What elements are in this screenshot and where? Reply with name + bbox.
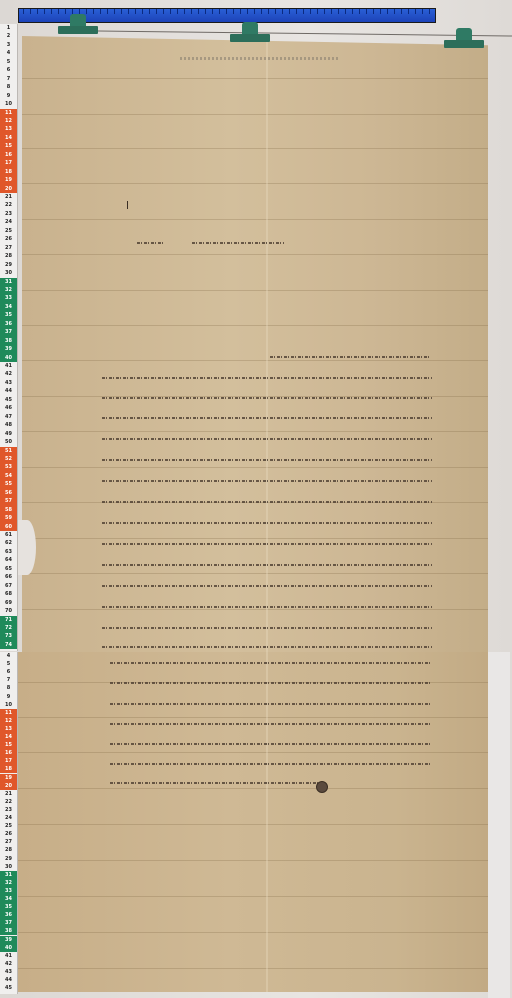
ruler-segment: 25 <box>0 227 17 235</box>
ruler-number: 44 <box>2 388 15 394</box>
ruler-tick <box>310 9 311 14</box>
ruler-tick <box>422 9 423 14</box>
text-line <box>102 414 432 420</box>
ruler-segment: 14 <box>0 134 17 142</box>
fold-line <box>22 254 488 255</box>
ruler-number: 1 <box>2 25 15 31</box>
ruler-number: 15 <box>2 143 15 149</box>
ruler-number: 38 <box>2 338 15 344</box>
ruler-tick <box>275 9 276 14</box>
ruler-tick <box>191 9 192 14</box>
ruler-number: 36 <box>2 321 15 327</box>
ruler-segment: 35 <box>0 311 17 319</box>
ruler-segment: 24 <box>0 814 17 822</box>
ruler-tick <box>142 9 143 14</box>
text-line <box>102 374 432 380</box>
fold-line <box>18 717 488 718</box>
ruler-number: 12 <box>2 118 15 124</box>
text-line <box>102 540 432 546</box>
fold-line <box>18 824 488 825</box>
ruler-segment: 38 <box>0 337 17 345</box>
text-line-final <box>110 779 320 785</box>
ruler-segment: 17 <box>0 757 17 765</box>
ruler-segment: 12 <box>0 117 17 125</box>
ruler-number: 11 <box>2 110 15 116</box>
ruler-number: 7 <box>2 677 15 683</box>
ruler-number: 36 <box>2 912 15 918</box>
ruler-segment: 15 <box>0 741 17 749</box>
ruler-number: 55 <box>2 481 15 487</box>
ruler-segment: 34 <box>0 895 17 903</box>
fold-line <box>18 968 488 969</box>
ruler-segment: 22 <box>0 798 17 806</box>
ruler-segment: 51 <box>0 447 17 455</box>
title-line <box>192 239 284 245</box>
ruler-number: 13 <box>2 726 15 732</box>
ruler-segment: 3 <box>0 41 17 49</box>
ruler-number: 10 <box>2 101 15 107</box>
ruler-segment: 10 <box>0 100 17 108</box>
ruler-number: 17 <box>2 758 15 764</box>
ruler-tick <box>373 9 374 14</box>
ruler-segment: 21 <box>0 790 17 798</box>
ruler-segment: 20 <box>0 185 17 193</box>
ruler-segment: 39 <box>0 345 17 353</box>
ruler-number: 28 <box>2 847 15 853</box>
ruler-segment: 56 <box>0 489 17 497</box>
ruler-segment: 36 <box>0 320 17 328</box>
ruler-segment: 14 <box>0 733 17 741</box>
ruler-number: 18 <box>2 766 15 772</box>
text-line <box>102 624 432 630</box>
ruler-segment: 43 <box>0 379 17 387</box>
ruler-segment: 46 <box>0 404 17 412</box>
ruler-number: 18 <box>2 169 15 175</box>
ruler-number: 58 <box>2 507 15 513</box>
ruler-segment: 15 <box>0 142 17 150</box>
ruler-segment: 45 <box>0 396 17 404</box>
ruler-number: 27 <box>2 245 15 251</box>
ruler-number: 73 <box>2 633 15 639</box>
ruler-segment: 17 <box>0 159 17 167</box>
text-line <box>102 477 432 483</box>
ruler-number: 71 <box>2 617 15 623</box>
ruler-segment: 62 <box>0 539 17 547</box>
ruler-number: 26 <box>2 831 15 837</box>
ruler-segment: 66 <box>0 573 17 581</box>
ruler-segment: 41 <box>0 362 17 370</box>
ruler-tick <box>429 9 430 14</box>
ruler-number: 41 <box>2 363 15 369</box>
ruler-tick <box>254 9 255 14</box>
ruler-tick <box>345 9 346 14</box>
ruler-number: 14 <box>2 135 15 141</box>
scale-ruler-upper: 1234567891011121314151617181920212223242… <box>0 24 18 651</box>
margin-mark <box>127 201 128 209</box>
ruler-number: 17 <box>2 160 15 166</box>
ruler-number: 12 <box>2 718 15 724</box>
ruler-segment: 28 <box>0 252 17 260</box>
ruler-number: 39 <box>2 346 15 352</box>
ruler-segment: 29 <box>0 855 17 863</box>
ruler-segment: 31 <box>0 278 17 286</box>
fold-line <box>22 290 488 291</box>
ruler-segment: 72 <box>0 624 17 632</box>
ruler-tick <box>268 9 269 14</box>
ruler-tick <box>247 9 248 14</box>
text-line <box>102 561 432 567</box>
ruler-number: 45 <box>2 985 15 991</box>
ruler-number: 59 <box>2 515 15 521</box>
ruler-segment: 33 <box>0 887 17 895</box>
ruler-segment: 6 <box>0 66 17 74</box>
ruler-number: 40 <box>2 355 15 361</box>
ruler-number: 54 <box>2 473 15 479</box>
ruler-tick <box>282 9 283 14</box>
ruler-number: 2 <box>2 33 15 39</box>
ruler-tick <box>135 9 136 14</box>
text-line <box>110 659 432 665</box>
ruler-tick <box>198 9 199 14</box>
text-line <box>270 353 430 359</box>
ruler-segment: 74 <box>0 641 17 649</box>
ruler-number: 14 <box>2 734 15 740</box>
scale-ruler-lower: 4567891011121314151617181920212223242526… <box>0 652 18 994</box>
ruler-number: 34 <box>2 304 15 310</box>
ruler-segment: 55 <box>0 480 17 488</box>
vertical-fold <box>266 36 268 652</box>
ruler-tick <box>23 9 24 14</box>
ruler-segment: 39 <box>0 936 17 944</box>
invocation-line <box>137 239 165 245</box>
ruler-number: 25 <box>2 228 15 234</box>
ruler-tick <box>366 9 367 14</box>
ruler-number: 13 <box>2 126 15 132</box>
ruler-segment: 11 <box>0 109 17 117</box>
ruler-number: 9 <box>2 694 15 700</box>
ruler-number: 6 <box>2 669 15 675</box>
ruler-tick <box>177 9 178 14</box>
ruler-segment: 68 <box>0 590 17 598</box>
fold-line <box>18 860 488 861</box>
ruler-number: 67 <box>2 583 15 589</box>
ruler-segment: 4 <box>0 49 17 57</box>
ruler-tick <box>401 9 402 14</box>
ruler-number: 42 <box>2 371 15 377</box>
ruler-segment: 53 <box>0 463 17 471</box>
ruler-segment: 61 <box>0 531 17 539</box>
ruler-number: 33 <box>2 295 15 301</box>
ruler-segment: 6 <box>0 668 17 676</box>
ruler-segment: 41 <box>0 952 17 960</box>
ruler-tick <box>415 9 416 14</box>
ruler-tick <box>51 9 52 14</box>
ruler-tick <box>149 9 150 14</box>
ruler-number: 44 <box>2 977 15 983</box>
fold-line <box>22 573 488 574</box>
ruler-number: 24 <box>2 219 15 225</box>
ruler-segment: 69 <box>0 599 17 607</box>
ruler-tick <box>338 9 339 14</box>
ruler-segment: 47 <box>0 413 17 421</box>
fold-line <box>22 609 488 610</box>
fold-line <box>22 325 488 326</box>
ruler-segment: 63 <box>0 548 17 556</box>
ruler-number: 9 <box>2 93 15 99</box>
ruler-number: 65 <box>2 566 15 572</box>
ruler-segment: 5 <box>0 660 17 668</box>
ruler-tick <box>352 9 353 14</box>
ruler-number: 70 <box>2 608 15 614</box>
ruler-number: 57 <box>2 498 15 504</box>
ruler-tick <box>233 9 234 14</box>
ruler-number: 24 <box>2 815 15 821</box>
ruler-segment: 32 <box>0 879 17 887</box>
ruler-segment: 18 <box>0 765 17 773</box>
ruler-number: 40 <box>2 945 15 951</box>
ruler-segment: 31 <box>0 871 17 879</box>
ruler-segment: 40 <box>0 944 17 952</box>
ruler-number: 19 <box>2 177 15 183</box>
ruler-segment: 7 <box>0 676 17 684</box>
scan-margin <box>488 652 510 998</box>
ruler-number: 23 <box>2 807 15 813</box>
ruler-segment: 29 <box>0 261 17 269</box>
text-line <box>102 394 432 400</box>
ruler-number: 4 <box>2 653 15 659</box>
ruler-tick <box>100 9 101 14</box>
text-line <box>102 603 432 609</box>
ruler-segment: 18 <box>0 168 17 176</box>
ruler-segment: 33 <box>0 294 17 302</box>
ruler-number: 25 <box>2 823 15 829</box>
ruler-segment: 58 <box>0 506 17 514</box>
ruler-number: 72 <box>2 625 15 631</box>
ruler-tick <box>226 9 227 14</box>
ruler-segment: 64 <box>0 556 17 564</box>
ruler-number: 31 <box>2 872 15 878</box>
ruler-number: 39 <box>2 937 15 943</box>
ruler-segment: 24 <box>0 218 17 226</box>
ruler-tick <box>387 9 388 14</box>
text-line <box>102 519 432 525</box>
ruler-number: 16 <box>2 152 15 158</box>
ruler-number: 37 <box>2 329 15 335</box>
ruler-segment: 67 <box>0 582 17 590</box>
ruler-number: 38 <box>2 928 15 934</box>
ruler-segment: 38 <box>0 927 17 935</box>
ruler-number: 51 <box>2 448 15 454</box>
ruler-segment: 44 <box>0 976 17 984</box>
ruler-tick <box>408 9 409 14</box>
paper-tear <box>18 520 36 575</box>
ruler-number: 8 <box>2 84 15 90</box>
ruler-segment: 30 <box>0 863 17 871</box>
ruler-segment: 73 <box>0 632 17 640</box>
ruler-number: 60 <box>2 524 15 530</box>
ruler-segment: 26 <box>0 830 17 838</box>
ruler-tick <box>184 9 185 14</box>
text-line <box>110 720 432 726</box>
ruler-tick <box>324 9 325 14</box>
ruler-segment: 40 <box>0 354 17 362</box>
ruler-segment: 54 <box>0 472 17 480</box>
ruler-tick <box>296 9 297 14</box>
ruler-segment: 42 <box>0 370 17 378</box>
text-line <box>102 456 432 462</box>
ruler-number: 43 <box>2 380 15 386</box>
ruler-number: 15 <box>2 742 15 748</box>
ruler-number: 19 <box>2 775 15 781</box>
ruler-number: 26 <box>2 236 15 242</box>
ruler-number: 34 <box>2 896 15 902</box>
ruler-segment: 32 <box>0 286 17 294</box>
ruler-tick <box>289 9 290 14</box>
ruler-number: 21 <box>2 194 15 200</box>
ruler-tick <box>380 9 381 14</box>
ruler-segment: 50 <box>0 438 17 446</box>
ruler-number: 5 <box>2 59 15 65</box>
ruler-number: 61 <box>2 532 15 538</box>
ruler-number: 50 <box>2 439 15 445</box>
ruler-segment: 13 <box>0 725 17 733</box>
ruler-segment: 34 <box>0 303 17 311</box>
ruler-segment: 65 <box>0 565 17 573</box>
ruler-tick <box>170 9 171 14</box>
ruler-number: 56 <box>2 490 15 496</box>
ruler-number: 30 <box>2 270 15 276</box>
ruler-number: 35 <box>2 312 15 318</box>
fold-line <box>22 219 488 220</box>
ruler-tick <box>37 9 38 14</box>
ruler-segment: 37 <box>0 328 17 336</box>
ruler-number: 8 <box>2 685 15 691</box>
ruler-segment: 27 <box>0 838 17 846</box>
ruler-segment: 1 <box>0 24 17 32</box>
ruler-segment: 26 <box>0 235 17 243</box>
ruler-segment: 12 <box>0 717 17 725</box>
ruler-tick <box>219 9 220 14</box>
ruler-number: 48 <box>2 422 15 428</box>
ruler-segment: 43 <box>0 968 17 976</box>
ruler-number: 32 <box>2 287 15 293</box>
ruler-number: 46 <box>2 405 15 411</box>
ruler-number: 52 <box>2 456 15 462</box>
ruler-segment: 44 <box>0 387 17 395</box>
ruler-number: 22 <box>2 202 15 208</box>
ruler-number: 3 <box>2 42 15 48</box>
ruler-number: 5 <box>2 661 15 667</box>
ruler-number: 4 <box>2 50 15 56</box>
fold-line <box>18 896 488 897</box>
ruler-segment: 19 <box>0 774 17 782</box>
ruler-number: 11 <box>2 710 15 716</box>
ruler-tick <box>331 9 332 14</box>
ruler-tick <box>240 9 241 14</box>
ruler-segment: 23 <box>0 806 17 814</box>
fold-line <box>22 467 488 468</box>
fold-line <box>22 538 488 539</box>
ruler-number: 10 <box>2 702 15 708</box>
ruler-number: 23 <box>2 211 15 217</box>
ruler-number: 21 <box>2 791 15 797</box>
ruler-number: 49 <box>2 431 15 437</box>
ruler-number: 29 <box>2 856 15 862</box>
ruler-segment: 9 <box>0 693 17 701</box>
binder-clip-right <box>444 28 484 50</box>
ruler-segment: 13 <box>0 125 17 133</box>
ruler-tick <box>317 9 318 14</box>
ruler-segment: 59 <box>0 514 17 522</box>
ruler-segment: 49 <box>0 430 17 438</box>
ruler-tick <box>44 9 45 14</box>
ruler-segment: 45 <box>0 984 17 992</box>
ruler-number: 45 <box>2 397 15 403</box>
ruler-number: 35 <box>2 904 15 910</box>
ruler-tick <box>163 9 164 14</box>
fold-line <box>18 788 488 789</box>
text-line <box>102 582 432 588</box>
ruler-tick <box>261 9 262 14</box>
fold-line <box>22 114 488 115</box>
ruler-tick <box>121 9 122 14</box>
ruler-number: 74 <box>2 642 15 648</box>
ruler-segment: 37 <box>0 919 17 927</box>
ruler-segment: 57 <box>0 497 17 505</box>
ruler-segment: 7 <box>0 75 17 83</box>
ruler-segment: 22 <box>0 201 17 209</box>
header-inscription <box>180 57 340 60</box>
text-line <box>102 643 432 649</box>
ruler-number: 32 <box>2 880 15 886</box>
seal-mark <box>316 781 328 793</box>
ruler-segment: 20 <box>0 782 17 790</box>
ruler-segment: 4 <box>0 652 17 660</box>
ruler-number: 31 <box>2 279 15 285</box>
ruler-number: 43 <box>2 969 15 975</box>
ruler-number: 6 <box>2 67 15 73</box>
ruler-number: 7 <box>2 76 15 82</box>
ruler-segment: 8 <box>0 684 17 692</box>
ruler-number: 16 <box>2 750 15 756</box>
fold-line <box>22 360 488 361</box>
ruler-tick <box>128 9 129 14</box>
ruler-tick <box>30 9 31 14</box>
ruler-segment: 2 <box>0 32 17 40</box>
binder-clip-left <box>58 14 98 36</box>
ruler-number: 64 <box>2 557 15 563</box>
text-line <box>110 700 432 706</box>
ruler-segment: 70 <box>0 607 17 615</box>
ruler-tick <box>212 9 213 14</box>
ruler-segment: 5 <box>0 58 17 66</box>
ruler-number: 29 <box>2 262 15 268</box>
ruler-segment: 10 <box>0 701 17 709</box>
ruler-tick <box>394 9 395 14</box>
manuscript-sheet-upper <box>22 36 488 652</box>
ruler-number: 47 <box>2 414 15 420</box>
ruler-tick <box>114 9 115 14</box>
ruler-segment: 36 <box>0 911 17 919</box>
ruler-number: 20 <box>2 783 15 789</box>
ruler-segment: 30 <box>0 269 17 277</box>
ruler-number: 20 <box>2 186 15 192</box>
ruler-segment: 52 <box>0 455 17 463</box>
fold-line <box>22 431 488 432</box>
ruler-segment: 25 <box>0 822 17 830</box>
ruler-tick <box>303 9 304 14</box>
ruler-segment: 35 <box>0 903 17 911</box>
